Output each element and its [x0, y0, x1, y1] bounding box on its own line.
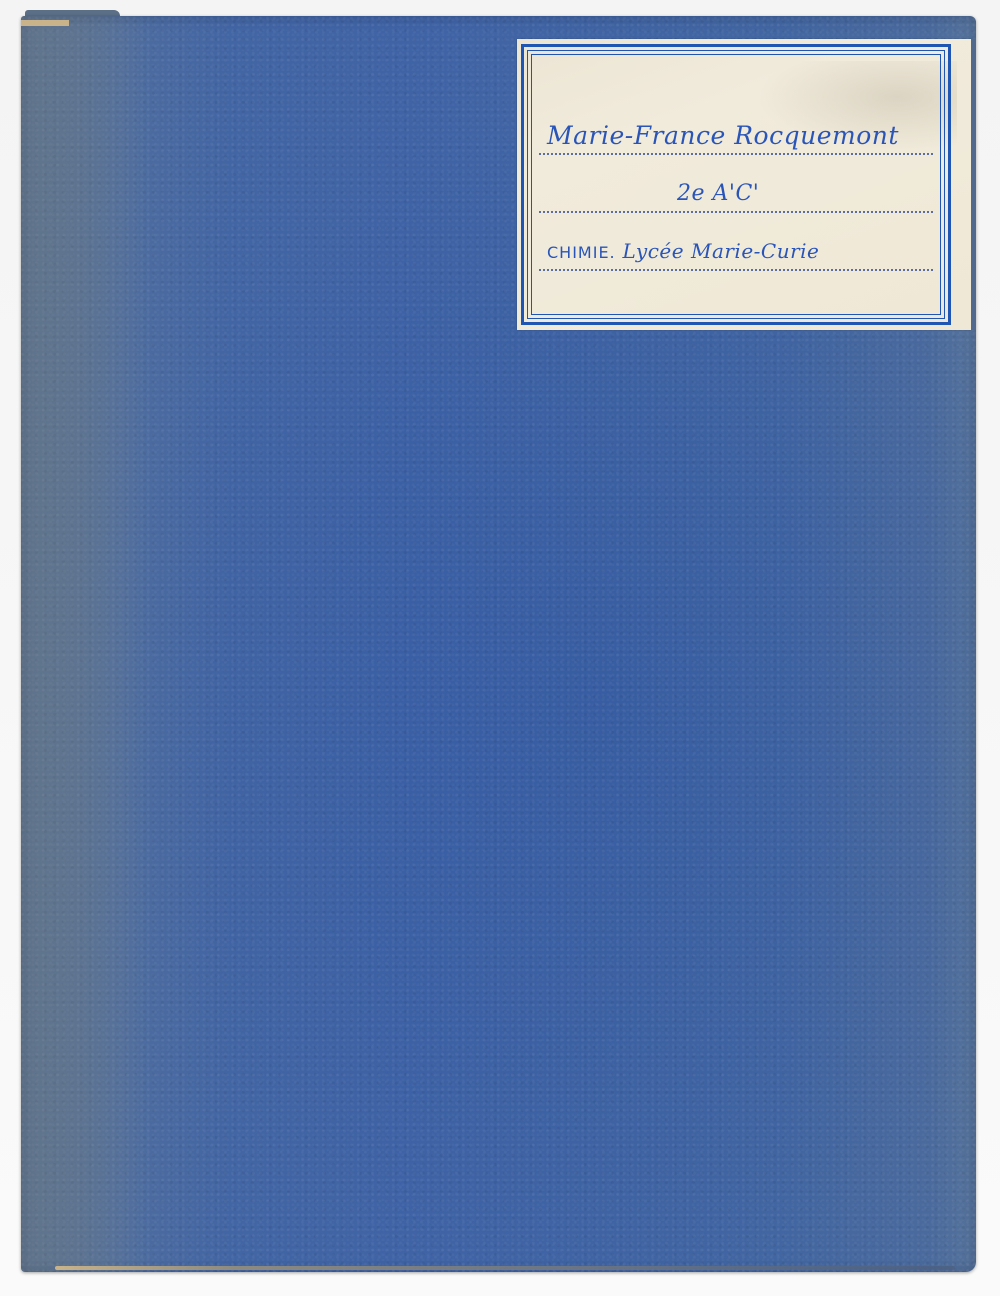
name-label: Marie-France Rocquemont 2e A'C' CHIMIE. … — [517, 39, 971, 330]
torn-corner — [21, 20, 69, 26]
scan-background: Marie-France Rocquemont 2e A'C' CHIMIE. … — [0, 0, 1000, 1296]
school-name: Lycée Marie-Curie — [623, 239, 820, 263]
dotted-line-2 — [539, 211, 933, 213]
worn-bottom-edge — [55, 1266, 955, 1270]
dotted-line-3 — [539, 269, 933, 271]
subject-line: CHIMIE. Lycée Marie-Curie — [547, 239, 819, 263]
cover-edge-right — [971, 39, 976, 330]
subject-name: CHIMIE. — [547, 243, 616, 262]
dotted-line-1 — [539, 153, 933, 155]
class-name: 2e A'C' — [677, 181, 759, 206]
spine-fold — [21, 16, 141, 1272]
student-name: Marie-France Rocquemont — [547, 121, 899, 150]
